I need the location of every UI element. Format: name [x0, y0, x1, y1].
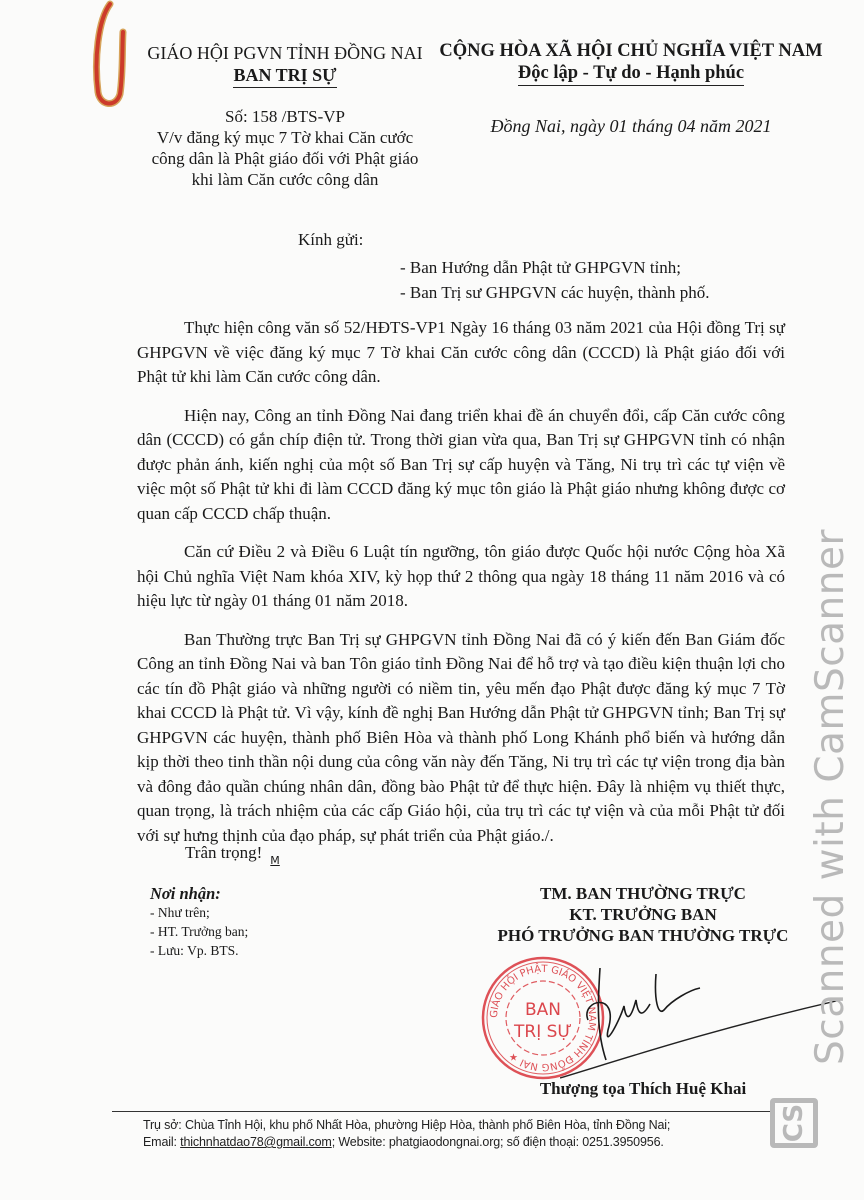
signer-role: KT. TRƯỞNG BAN [458, 904, 828, 925]
signature-icon [560, 960, 840, 1080]
email-link[interactable]: thichnhatdao78@gmail.com [180, 1135, 332, 1149]
recipients-list: - Ban Hướng dẫn Phật tử GHPGVN tỉnh; - B… [400, 255, 710, 305]
document-number: Số: 158 /BTS-VP [100, 106, 470, 127]
receiver-item: - HT. Trưởng ban; [150, 922, 248, 941]
nation-title: CỘNG HÒA XÃ HỘI CHỦ NGHĨA VIỆT NAM [420, 40, 842, 62]
body-paragraph: Căn cứ Điều 2 và Điều 6 Luật tín ngưỡng,… [137, 540, 785, 614]
footer-contact-rest: ; Website: phatgiaodongnai.org; số điện … [332, 1135, 664, 1149]
camscanner-logo-icon: CS [770, 1098, 818, 1148]
national-motto: Độc lập - Tự do - Hạnh phúc [518, 62, 744, 86]
footer-divider [112, 1111, 792, 1112]
receivers-title: Nơi nhận: [150, 884, 248, 903]
place-date: Đồng Nai, ngày 01 tháng 04 năm 2021 [420, 116, 842, 137]
footer-contacts: Email: thichnhatdao78@gmail.com; Website… [143, 1134, 670, 1151]
recipient-item: - Ban Trị sư GHPGVN các huyện, thành phố… [400, 280, 710, 305]
issuer-header: GIÁO HỘI PGVN TỈNH ĐỒNG NAI BAN TRỊ SỰ S… [100, 42, 470, 190]
subject-line: V/v đăng ký mục 7 Tờ khai Căn cước [100, 127, 470, 148]
recipients-block: Kính gửi: - Ban Hướng dẫn Phật tử GHPGVN… [298, 228, 710, 305]
stamp-center-text: BAN [525, 1000, 561, 1020]
signer-role: PHÓ TRƯỞNG BAN THƯỜNG TRỰC [458, 925, 828, 946]
closing-text: Trân trọng! [185, 843, 262, 862]
email-label: Email: [143, 1135, 180, 1149]
body-paragraph: Hiện nay, Công an tỉnh Đồng Nai đang tri… [137, 404, 785, 527]
receivers-block: Nơi nhận: - Như trên; - HT. Trưởng ban; … [150, 884, 248, 960]
recipient-item: - Ban Hướng dẫn Phật tử GHPGVN tỉnh; [400, 255, 710, 280]
camscanner-logo-text: CS [779, 1104, 809, 1142]
recipients-label: Kính gửi: [298, 228, 710, 252]
subject-line: khi làm Căn cước công dân [100, 169, 470, 190]
camscanner-watermark: Scanned with CamScanner [808, 529, 853, 1065]
letter-body: Thực hiện công văn số 52/HĐTS-VP1 Ngày 1… [137, 316, 785, 862]
signer-role: TM. BAN THƯỜNG TRỰC [458, 883, 828, 904]
body-paragraph: Thực hiện công văn số 52/HĐTS-VP1 Ngày 1… [137, 316, 785, 390]
footer-address: Trụ sở: Chùa Tỉnh Hội, khu phố Nhất Hòa,… [143, 1117, 670, 1134]
closing-block: Trân trọng!M [185, 843, 280, 867]
initials-mark: M [270, 854, 280, 867]
signer-name: Thượng tọa Thích Huệ Khai [458, 1078, 828, 1099]
body-paragraph: Ban Thường trực Ban Trị sự GHPGVN tỉnh Đ… [137, 628, 785, 849]
receiver-item: - Lưu: Vp. BTS. [150, 941, 248, 960]
issuer-department: BAN TRỊ SỰ [233, 64, 336, 88]
national-header: CỘNG HÒA XÃ HỘI CHỦ NGHĨA VIỆT NAM Độc l… [420, 40, 842, 137]
letterhead-footer: Trụ sở: Chùa Tỉnh Hội, khu phố Nhất Hòa,… [143, 1117, 670, 1151]
receiver-item: - Như trên; [150, 903, 248, 922]
subject-line: công dân là Phật giáo đối với Phật giáo [100, 148, 470, 169]
issuer-organization: GIÁO HỘI PGVN TỈNH ĐỒNG NAI [100, 42, 470, 64]
